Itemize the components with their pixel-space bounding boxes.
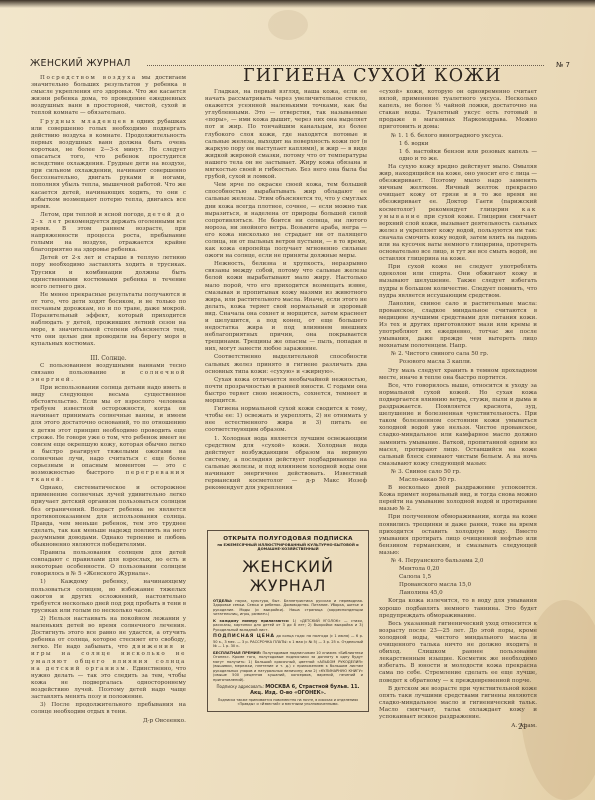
- paragraph: При сухой коже не следует употреблять од…: [379, 264, 537, 299]
- paragraph: 2) Нельзя настаивать на покойном лежании…: [31, 616, 186, 701]
- recipe-line: Ланолина 45,0: [379, 590, 537, 597]
- article-title: ГИГИЕНА СУХОЙ КОЖИ: [243, 66, 543, 86]
- paragraph: Сухая кожа отличается необычайной нежнос…: [205, 377, 367, 405]
- recipe-line: Прованского масла 15,0: [379, 582, 537, 589]
- recipe-line: № 2. Чистого свиного сала 50 гр.: [379, 351, 537, 358]
- paragraph: Детей от 2-х лет и старше в теплую летню…: [31, 255, 186, 290]
- paragraph: Когда кожа излечится, то в воду для умыв…: [379, 598, 537, 619]
- paragraph: При полученном обмораживании, когда на к…: [379, 514, 537, 557]
- recipe-line: Розового масла 3 капли.: [379, 359, 537, 366]
- left-column-article-continuation: Посредством воздуха мы достигаем значите…: [31, 75, 186, 726]
- paragraph: Однако, систематическое и осторожное при…: [31, 485, 186, 549]
- paragraph: Посредством воздуха мы достигаем значите…: [31, 75, 186, 118]
- paragraph: На сухую кожу вредно действует мыло. Омы…: [379, 164, 537, 263]
- paragraph: В несколько дней раздражение успокоится.…: [379, 485, 537, 513]
- paper-stain: [268, 10, 308, 40]
- paragraph: Нежность, белизна и хрупкость, неразрывн…: [205, 261, 367, 353]
- right-column-article: «сухой» кожи, которую он одновременно сч…: [379, 89, 537, 731]
- page-edge-shadow: [0, 0, 595, 8]
- recipe-line: № 3. Свиное сало 50 гр.: [379, 469, 537, 476]
- paragraph: Не менее прекрасные результаты получаютс…: [31, 292, 186, 349]
- recipe-line: № 1. 1 б. белого виноградного уксуса.: [379, 133, 537, 140]
- paragraph: Весь указанный гигиенический уход относи…: [379, 621, 537, 685]
- paragraph: Все, что говорилось выше, относится к ух…: [379, 383, 537, 468]
- recipe-line: Масло-какао 50 гр.: [379, 477, 537, 484]
- recipe-line: № 4. Перуанского бальзама 2,0: [379, 558, 537, 565]
- ad-headline: ОТКРЫТА ПОЛУГОДОВАЯ ПОДПИСКА: [213, 536, 363, 542]
- paragraph: 1. Холодная вода является лучшим освежаю…: [205, 436, 367, 493]
- paragraph: 3) После продолжительного пребывания на …: [31, 702, 186, 716]
- subscription-advertisement: ОТКРЫТА ПОЛУГОДОВАЯ ПОДПИСКА на ЕЖЕМЕСЯЧ…: [207, 530, 369, 712]
- middle-column-article: Гладкая, на первый взгляд, наша кожа, ес…: [205, 89, 367, 493]
- ad-supplements: К каждому номеру прилагаются: 1) «ДЕТСКИ…: [213, 619, 363, 633]
- ad-price: ПОДПИСНАЯ ЦЕНА до конца года: на полгода…: [213, 634, 363, 649]
- paragraph: Гигиена нормальной сухой кожи сводится к…: [205, 406, 367, 434]
- paragraph: При использовании солнца детьми надо име…: [31, 385, 186, 484]
- ad-sections: ОТДЕЛЫ: наука, культура, быт. Беллетрист…: [213, 599, 363, 617]
- journal-title: ЖЕНСКИЙ ЖУРНАЛ: [30, 58, 131, 69]
- ad-bonus: БЕСПЛАТНАЯ ПРЕМИЯ: Полугодовым подписчик…: [213, 651, 363, 683]
- recipe-line: Ментола 0,20: [379, 566, 537, 573]
- paragraph: Правила пользования солнцем для детей со…: [31, 550, 186, 578]
- paragraph: 1) Каждому ребенку, начинающему пользова…: [31, 579, 186, 614]
- paragraph: В детском же возрасте при чувствительной…: [379, 686, 537, 721]
- ad-journal-title: ЖЕНСКИЙ ЖУРНАЛ: [213, 557, 363, 595]
- ad-subheadline: на ЕЖЕМЕСЯЧНЫЙ ИЛЛЮСТРИРОВАННЫЙ КУЛЬТУРН…: [213, 543, 363, 552]
- ad-footer: Подписка также принимается повсеместно н…: [213, 698, 363, 706]
- paragraph: Ланолин, свиное сало и растительные масл…: [379, 301, 537, 351]
- author-signature: А. Адам.: [379, 723, 537, 730]
- recipe-line: Салола 1,5: [379, 574, 537, 581]
- recipe-line: 1 б. настойки бензои или розовых капель …: [379, 149, 537, 163]
- page-number: 21: [518, 723, 527, 731]
- paragraph: «сухой» кожи, которую он одновременно сч…: [379, 89, 537, 132]
- paragraph: Летом, при теплой и ясной погоде, детей …: [31, 212, 186, 255]
- author-signature: Д-р Овсеенко.: [31, 718, 186, 725]
- paragraph: Грудных младенцев в одних рубашках или с…: [31, 119, 186, 211]
- paragraph: Чем ярче по окраске своей кожа, тем боль…: [205, 182, 367, 260]
- paragraph: С пользованием воздушными ваннами тесно …: [31, 363, 186, 384]
- issue-number: № 7: [556, 61, 570, 69]
- ad-address: Подписку адресовать: МОСКВА 6, Страстной…: [213, 684, 363, 696]
- paragraph: Гладкая, на первый взгляд, наша кожа, ес…: [205, 89, 367, 181]
- paragraph: Соответственно выделительной способности…: [205, 354, 367, 375]
- recipe-line: 1 б. водки: [379, 141, 537, 148]
- section-heading: III. Солнце.: [31, 355, 186, 362]
- paragraph: Эту мазь следует хранить в темном прохла…: [379, 368, 537, 382]
